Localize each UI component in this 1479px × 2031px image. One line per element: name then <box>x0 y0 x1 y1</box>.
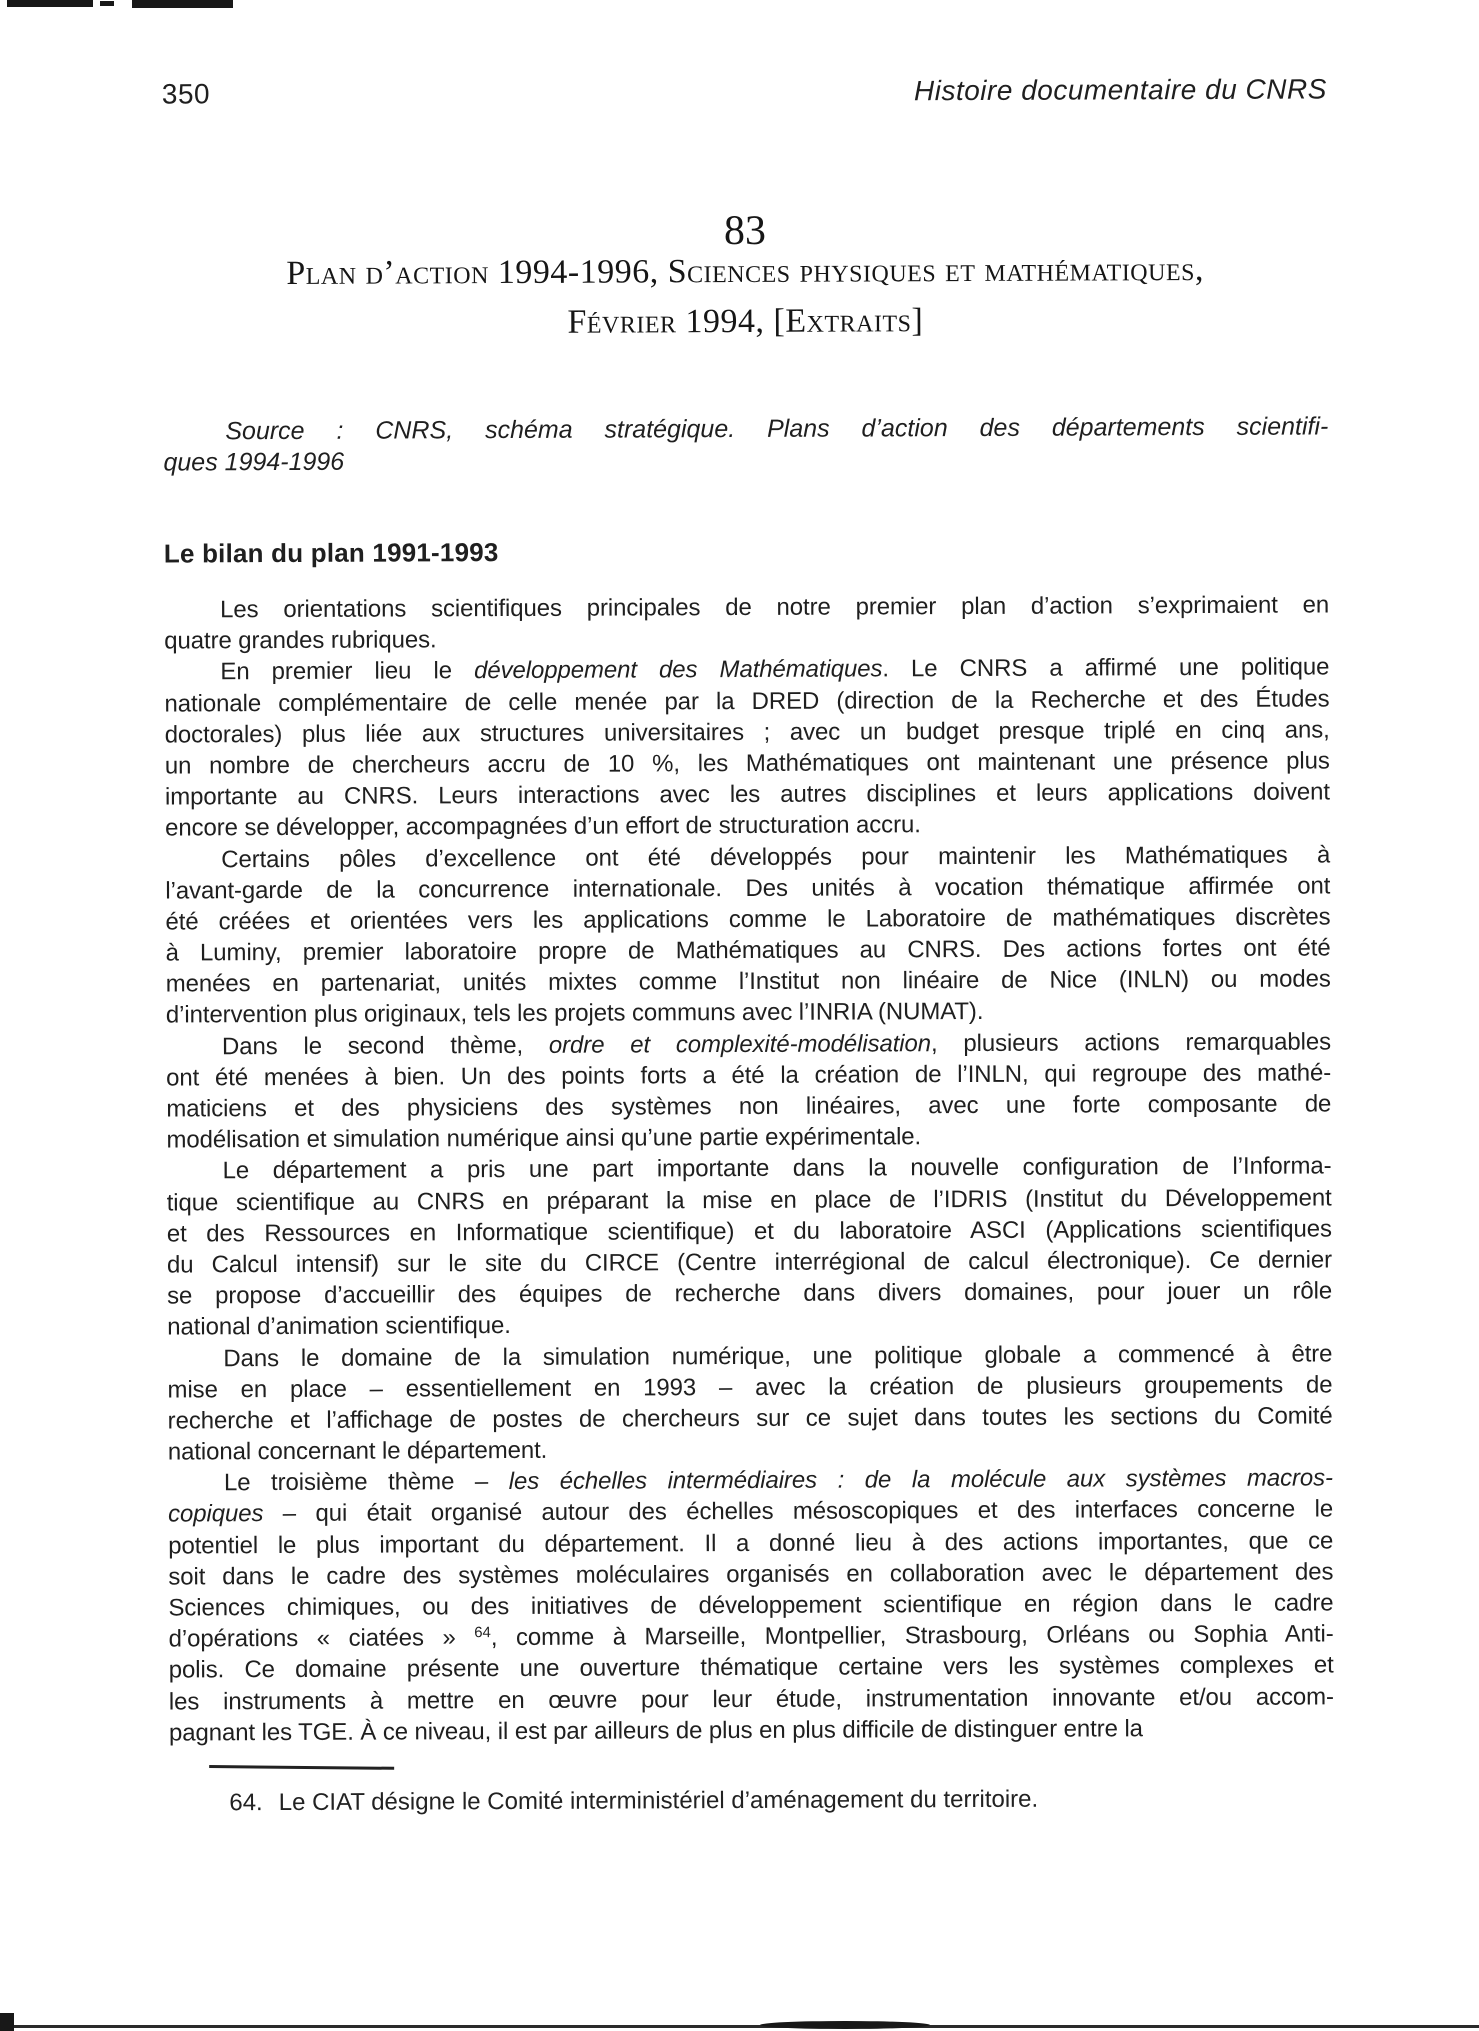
text-segment: , comme à Marseille, Montpellier, Strasb… <box>491 1621 1334 1652</box>
text-line: d’opérations « ciatées » 64, comme à Mar… <box>169 1619 1334 1655</box>
text-segment: tique scientifique au CNRS en préparant … <box>167 1184 1332 1216</box>
text-segment: encore se développer, accompagnées d’un … <box>165 812 921 842</box>
text-segment: Dans le domaine de la simulation numériq… <box>223 1340 1332 1372</box>
paragraph: Le troisième thème – les échelles interm… <box>168 1463 1334 1749</box>
text-segment: modélisation et simulation numérique ain… <box>166 1123 921 1153</box>
text-segment: maticiens et des physiciens des systèmes… <box>166 1090 1331 1122</box>
text-segment: national concernant le département. <box>168 1437 548 1466</box>
running-title: Histoire documentaire du CNRS <box>914 73 1327 107</box>
text-line: national concernant le département. <box>168 1431 1333 1467</box>
document-number: 83 <box>162 205 1327 256</box>
scanned-page: 350 Histoire documentaire du CNRS 83 Pla… <box>0 0 1479 2031</box>
text-line: Dans le second thème, ordre et complexit… <box>166 1026 1331 1062</box>
footnote-number: 64. <box>229 1789 262 1816</box>
text-segment: polis. Ce domaine présente une ouverture… <box>169 1652 1334 1684</box>
text-segment: Sciences chimiques, ou des initiatives d… <box>168 1589 1333 1621</box>
text-line: Certains pôles d’excellence ont été déve… <box>165 839 1330 875</box>
text-segment: potentiel le plus important du départeme… <box>168 1527 1333 1559</box>
paragraph: Dans le second thème, ordre et complexit… <box>166 1026 1332 1156</box>
scan-artifact-corner <box>0 2013 14 2031</box>
text-line: Le département a pris une part important… <box>166 1151 1331 1187</box>
text-segment: national d’animation scientifique. <box>167 1312 511 1340</box>
text-line: mise en place – essentiellement en 1993 … <box>167 1369 1332 1405</box>
text-segment: menées en partenariat, unités mixtes com… <box>166 966 1331 998</box>
text-segment: Les orientations scientifiques principal… <box>220 591 1329 623</box>
text-line: national d’animation scientifique. <box>167 1307 1332 1343</box>
text-line: un nombre de chercheurs accru de 10 %, l… <box>165 745 1330 781</box>
text-segment: ordre et complexité-modélisation <box>549 1030 931 1059</box>
source-note: Source : CNRS, schéma stratégique. Plans… <box>163 411 1328 478</box>
footnote-rule <box>209 1765 394 1770</box>
text-line: nationale complémentaire de celle menée … <box>164 683 1329 719</box>
text-line: quatre grandes rubriques. <box>164 621 1329 657</box>
footnote: 64.Le CIAT désigne le Comité interminist… <box>169 1783 1334 1818</box>
text-line: importante au CNRS. Leurs interactions a… <box>165 777 1330 813</box>
source-note-line: Source : CNRS, schéma stratégique. Plans… <box>163 411 1328 447</box>
text-line: les instruments à mettre en œuvre pour l… <box>169 1681 1334 1717</box>
paragraph: Certains pôles d’excellence ont été déve… <box>165 839 1331 1031</box>
text-segment: quatre grandes rubriques. <box>164 627 436 655</box>
text-segment: et des Ressources en Informatique scient… <box>167 1215 1332 1247</box>
text-segment: développement des Mathématiques <box>474 656 882 685</box>
text-line: pagnant les TGE. À ce niveau, il est par… <box>169 1712 1334 1748</box>
page-header: 350 Histoire documentaire du CNRS <box>162 73 1327 78</box>
text-line: potentiel le plus important du départeme… <box>168 1525 1333 1561</box>
text-line: doctorales) plus liée aux structures uni… <box>165 714 1330 750</box>
page-number: 350 <box>162 78 210 110</box>
text-segment: à Luminy, premier laboratoire propre de … <box>166 934 1331 966</box>
text-segment: . Le CNRS a affirmé une politique <box>882 654 1329 683</box>
text-line: Le troisième thème – les échelles interm… <box>168 1463 1333 1499</box>
paragraph: En premier lieu le développement des Mat… <box>164 652 1330 844</box>
document-title-line2: Février 1994, [Extraits] <box>163 299 1328 344</box>
section-heading: Le bilan du plan 1991-1993 <box>164 533 1329 569</box>
text-line: encore se développer, accompagnées d’un … <box>165 808 1330 844</box>
text-segment: se propose d’accueillir des équipes de r… <box>167 1278 1332 1310</box>
text-segment: l’avant-garde de la concurrence internat… <box>165 872 1330 904</box>
text-line: été créées et orientées vers les applica… <box>165 901 1330 937</box>
text-line: Dans le domaine de la simulation numériq… <box>167 1338 1332 1374</box>
text-segment: ont été menées à bien. Un des points for… <box>166 1059 1331 1091</box>
text-segment: , plusieurs actions remarquables <box>931 1028 1331 1057</box>
text-segment: doctorales) plus liée aux structures uni… <box>165 716 1330 748</box>
text-segment: d’opérations « ciatées » <box>169 1624 475 1652</box>
text-segment: soit dans le cadre des systèmes molécula… <box>168 1558 1333 1590</box>
paragraph: Dans le domaine de la simulation numériq… <box>167 1338 1333 1468</box>
text-segment: recherche et l’affichage de postes de ch… <box>168 1402 1333 1434</box>
text-segment: – qui était organisé autour des échelles… <box>263 1496 1333 1528</box>
text-segment: du Calcul intensif) sur le site du CIRCE… <box>167 1246 1332 1278</box>
scan-artifact-bottom <box>0 2025 1479 2028</box>
footnote-text: Le CIAT désigne le Comité interministéri… <box>279 1786 1039 1816</box>
text-line: En premier lieu le développement des Mat… <box>164 652 1329 688</box>
text-line: recherche et l’affichage de postes de ch… <box>168 1400 1333 1436</box>
text-line: tique scientifique au CNRS en préparant … <box>167 1182 1332 1218</box>
text-line: du Calcul intensif) sur le site du CIRCE… <box>167 1244 1332 1280</box>
text-segment: les échelles intermédiaires : de la molé… <box>509 1465 1333 1496</box>
text-line: modélisation et simulation numérique ain… <box>166 1120 1331 1156</box>
text-line: maticiens et des physiciens des systèmes… <box>166 1088 1331 1124</box>
text-segment: Le département a pris une part important… <box>223 1153 1332 1185</box>
text-segment: nationale complémentaire de celle menée … <box>164 685 1329 717</box>
text-segment: Certains pôles d’excellence ont été déve… <box>221 841 1330 873</box>
text-line: Les orientations scientifiques principal… <box>164 589 1329 625</box>
text-segment: importante au CNRS. Leurs interactions a… <box>165 779 1330 811</box>
text-line: et des Ressources en Informatique scient… <box>167 1213 1332 1249</box>
text-segment: un nombre de chercheurs accru de 10 %, l… <box>165 747 1330 779</box>
text-segment: mise en place – essentiellement en 1993 … <box>167 1371 1332 1403</box>
body-paragraphs: Les orientations scientifiques principal… <box>164 589 1334 1748</box>
text-line: se propose d’accueillir des équipes de r… <box>167 1276 1332 1312</box>
text-line: copiques – qui était organisé autour des… <box>168 1494 1333 1530</box>
text-segment: pagnant les TGE. À ce niveau, il est par… <box>169 1715 1143 1746</box>
text-line: à Luminy, premier laboratoire propre de … <box>166 932 1331 968</box>
text-segment: été créées et orientées vers les applica… <box>165 903 1330 935</box>
text-segment: d’intervention plus originaux, tels les … <box>166 998 984 1029</box>
scan-artifact-bottom <box>760 2021 930 2029</box>
text-line: soit dans le cadre des systèmes molécula… <box>168 1556 1333 1592</box>
footnote-reference: 64 <box>474 1624 491 1641</box>
text-segment: copiques <box>168 1501 263 1528</box>
text-line: Sciences chimiques, ou des initiatives d… <box>168 1587 1333 1623</box>
text-line: menées en partenariat, unités mixtes com… <box>166 964 1331 1000</box>
text-segment: les instruments à mettre en œuvre pour l… <box>169 1683 1334 1715</box>
text-line: polis. Ce domaine présente une ouverture… <box>169 1650 1334 1686</box>
text-segment: Le troisième thème – <box>224 1468 509 1496</box>
text-segment: Dans le second thème, <box>222 1031 549 1059</box>
paragraph: Les orientations scientifiques principal… <box>164 589 1329 656</box>
source-note-line: ques 1994-1996 <box>163 442 1328 478</box>
text-line: d’intervention plus originaux, tels les … <box>166 995 1331 1031</box>
text-line: l’avant-garde de la concurrence internat… <box>165 870 1330 906</box>
page-content: 350 Histoire documentaire du CNRS 83 Pla… <box>0 0 1479 2031</box>
document-title-line1: Plan d’action 1994-1996, Sciences physiq… <box>163 249 1328 294</box>
text-segment: En premier lieu le <box>220 658 474 686</box>
text-line: ont été menées à bien. Un des points for… <box>166 1057 1331 1093</box>
paragraph: Le département a pris une part important… <box>166 1151 1332 1343</box>
